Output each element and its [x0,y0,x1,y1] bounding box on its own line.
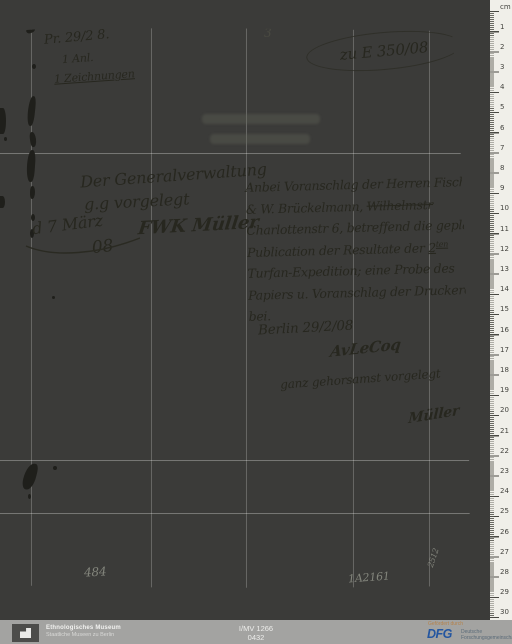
ruler-label: 6 [500,124,504,132]
signature-secondary: Müller [408,404,460,426]
ruler-label: 16 [500,326,509,334]
ink-blot [0,196,5,208]
fold-crease-vertical [150,26,151,588]
dfg-full-name: Deutsche Forschungsgemeinschaft [461,629,512,641]
ruler-label: 2 [500,43,504,51]
dfg-name-line2: Forschungsgemeinschaft [461,635,512,641]
letter-body: Anbei Voranschlag der Herren Fischer & W… [245,174,467,330]
ink-blot [30,186,35,199]
registry-line-2: g.g vorgelegt [84,191,190,212]
submission-note: ganz gehorsamst vorgelegt [280,367,441,390]
ruler-label: cm [500,3,511,11]
fold-crease-horizontal [0,460,472,461]
ink-blot [4,137,7,141]
enclosure-note-2: 1 Zeichnungen [54,68,135,85]
ruler-label: 28 [500,568,509,576]
ruler-label: 9 [500,184,504,192]
ink-blot [32,64,36,69]
ruler-label: 4 [500,83,504,91]
ruler: cm12345678910111213141516171819202122232… [490,0,512,620]
ruler-label: 15 [500,305,509,313]
ruler-label: 24 [500,487,509,495]
ink-blot [25,26,36,35]
page-number: 3 [264,27,271,39]
ink-blot [29,132,37,148]
registry-line-1: Der Generalverwaltung [80,161,268,190]
enclosure-note-1: 1 Anl. [62,52,94,65]
erased-pencil-note [202,114,320,124]
dfg-logo: DFG [427,627,452,641]
ruler-label: 27 [500,548,509,556]
ink-blot [0,108,6,134]
ordinal-suffix: ten [436,239,448,248]
ruler-label: 29 [500,588,509,596]
ink-blot [53,466,57,470]
ruler-label: 30 [500,608,509,616]
ruler-label: 8 [500,164,504,172]
ruler-label: 25 [500,507,509,515]
ruler-label: 7 [500,144,504,152]
ruler-label: 1 [500,23,504,31]
registry-signature: FWK Müller [137,214,260,238]
ruler-label: 22 [500,447,509,455]
ruler-label: 3 [500,63,504,71]
ink-blot [52,296,55,299]
body-line-text: & W. Brückelmann, [246,198,367,216]
ruler-label: 18 [500,366,509,374]
ruler-label: 26 [500,528,509,536]
scanned-letter-page: Pr. 29/2 8. 1 Anl. 1 Zeichnungen 3 zu E … [0,26,472,588]
ruler-label: 19 [500,386,509,394]
fold-crease-horizontal [0,153,472,154]
ruler-label: 20 [500,406,509,414]
date-underline-flourish [24,232,144,258]
ink-blot [21,462,39,491]
file-reference-flourish: zu E 350/08 [305,25,464,76]
fold-crease-vertical [245,26,246,588]
erased-pencil-note [210,134,310,144]
ink-blot [26,96,36,127]
body-line-text: Publication der Resultate der [247,240,429,260]
ruler-label: 21 [500,427,509,435]
struck-word: Wilhelmstr [366,196,433,213]
file-reference: zu E 350/08 [339,40,429,63]
ruler-centimeter-ticks [490,11,499,618]
pencil-number-edge: 2512 [427,547,441,568]
ruler-label: 11 [500,225,509,233]
presentation-note: Pr. 29/2 8. [44,28,110,47]
place-date-line: Berlin 29/2/08 [258,320,354,338]
pencil-number-left: 484 [84,565,107,578]
ruler-label: 14 [500,285,509,293]
ruler-label: 12 [500,245,509,253]
ruler-label: 5 [500,103,504,111]
scan-page: { "colors": { "background": "#3b3b39", "… [0,0,512,644]
ruler-label: 23 [500,467,509,475]
ruler-label: 17 [500,346,509,354]
pencil-number-right: 1A2161 [348,571,390,585]
signature-lecoq: AvLeCoq [329,337,401,360]
ruler-label: 13 [500,265,509,273]
ink-blot [26,150,36,182]
footer-bar: Ethnologisches Museum Staatliche Museen … [0,620,512,644]
ink-blot [28,494,31,499]
ruler-label: 10 [500,204,509,212]
fold-crease-horizontal [0,513,472,514]
